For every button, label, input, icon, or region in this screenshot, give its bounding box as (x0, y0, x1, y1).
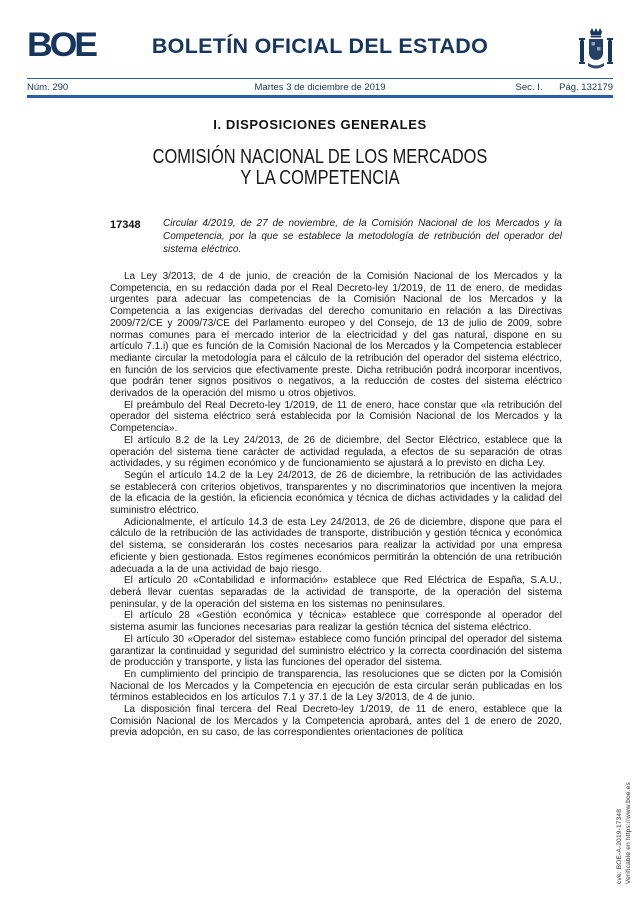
header-divider-thin (27, 78, 613, 79)
body-paragraph: La Ley 3/2013, de 4 de junio, de creació… (110, 271, 562, 400)
body-paragraph: La disposición final tercera del Real De… (110, 704, 562, 739)
header-meta-row: Núm. 290 Martes 3 de diciembre de 2019 S… (27, 81, 613, 95)
masthead-title: BOLETÍN OFICIAL DEL ESTADO (100, 34, 540, 59)
item-number: 17348 (110, 219, 141, 231)
body-paragraph: Adicionalmente, el artículo 14.3 de esta… (110, 517, 562, 576)
verification-sidebar: cve: BOE-A-2019-17348 Verificable en htt… (615, 782, 633, 884)
boe-document-page: BOE BOLETÍN OFICIAL DEL ESTADO Núm. 290 … (0, 0, 640, 906)
body-paragraph: El artículo 8.2 de la Ley 24/2013, de 26… (110, 435, 562, 470)
document-body: La Ley 3/2013, de 4 de junio, de creació… (110, 271, 562, 739)
body-paragraph: Según el artículo 14.2 de la Ley 24/2013… (110, 470, 562, 517)
item-header: 17348 Circular 4/2019, de 27 de noviembr… (110, 218, 562, 256)
spain-coat-of-arms-icon (576, 26, 616, 74)
body-paragraph: En cumplimiento del principio de transpa… (110, 669, 562, 704)
organization-heading: COMISIÓN NACIONAL DE LOS MERCADOS Y LA C… (58, 147, 583, 189)
organization-heading-line1: COMISIÓN NACIONAL DE LOS MERCADOS (58, 147, 583, 168)
verification-url: Verificable en https://www.boe.es (624, 782, 633, 884)
page-number: Pág. 132179 (559, 82, 613, 93)
boe-logo-text: BOE (27, 27, 95, 63)
header-divider-thick (27, 95, 613, 98)
organization-heading-line2: Y LA COMPETENCIA (58, 168, 583, 189)
body-paragraph: El artículo 20 «Contabilidad e informaci… (110, 575, 562, 610)
boe-logo: BOE (27, 27, 97, 63)
body-paragraph: El artículo 28 «Gestión económica y técn… (110, 610, 562, 633)
section-page-info: Sec. I. Pág. 132179 (516, 82, 613, 93)
body-paragraph: El artículo 30 «Operador del sistema» es… (110, 634, 562, 669)
cve-code: cve: BOE-A-2019-17348 (615, 782, 624, 884)
item-title: Circular 4/2019, de 27 de noviembre, de … (163, 218, 562, 256)
body-paragraph: El preámbulo del Real Decreto-ley 1/2019… (110, 400, 562, 435)
section-label: Sec. I. (516, 82, 543, 93)
section-heading: I. DISPOSICIONES GENERALES (0, 117, 640, 132)
